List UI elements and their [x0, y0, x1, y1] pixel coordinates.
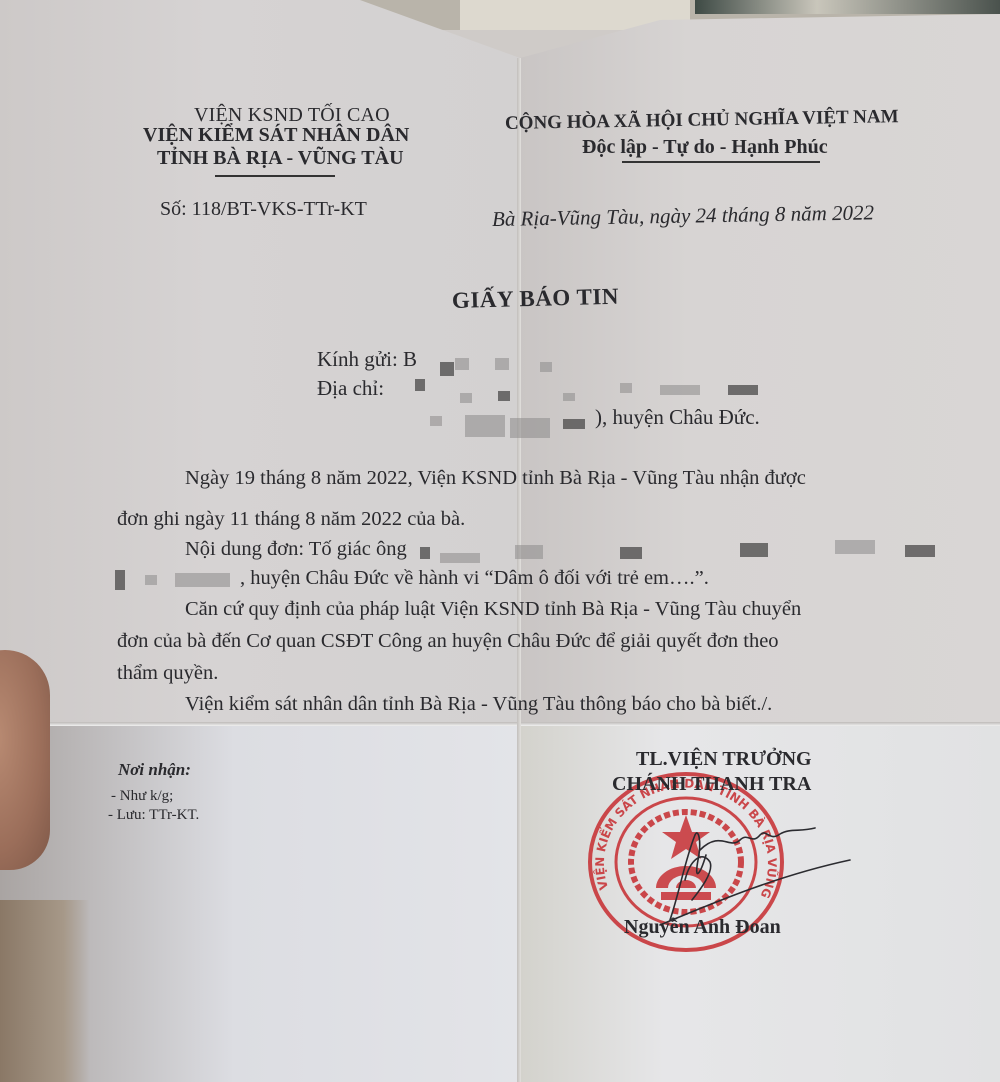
body-paragraph-3-line-3: thẩm quyền. [117, 662, 218, 685]
recipients-item: - Như k/g; [111, 788, 173, 805]
redaction [728, 385, 758, 395]
signature-position: CHÁNH THANH TRA [612, 773, 811, 796]
recipients-item: - Lưu: TTr-KT. [108, 807, 199, 824]
redaction [835, 540, 875, 554]
agency-name: VIỆN KIỂM SÁT NHÂN DÂN [143, 124, 409, 147]
redaction [465, 415, 505, 437]
body-paragraph-2-line-2: , huyện Châu Đức về hành vi “Dâm ô đối v… [240, 567, 709, 590]
body-paragraph-1-line-2: đơn ghi ngày 11 tháng 8 năm 2022 của bà. [117, 508, 465, 531]
redaction [620, 383, 632, 393]
redaction [460, 393, 472, 403]
document-title: GIẤY BÁO TIN [452, 284, 620, 314]
redaction [620, 547, 642, 559]
body-paragraph-1-line-1: Ngày 19 tháng 8 năm 2022, Viện KSND tỉnh… [185, 467, 806, 490]
header-underline-left [215, 175, 335, 177]
background-picture [695, 0, 1000, 14]
redaction [415, 379, 425, 391]
redaction [420, 547, 430, 559]
recipients-label: Nơi nhận: [118, 760, 191, 780]
redaction [175, 573, 230, 587]
redaction [515, 545, 543, 559]
body-paragraph-2-line-1: Nội dung đơn: Tố giác ông [185, 538, 407, 561]
redaction [510, 418, 550, 438]
redaction [740, 543, 768, 557]
agency-province: TỈNH BÀ RỊA - VŨNG TÀU [157, 147, 404, 170]
hand-shadow [0, 900, 90, 1082]
redaction [440, 362, 454, 376]
redaction [498, 391, 510, 401]
address-label: Địa chỉ: [317, 376, 384, 401]
redaction [455, 358, 469, 370]
redaction [563, 419, 585, 429]
paper-fold-horizontal [0, 722, 1000, 726]
signer-name: Nguyễn Anh Đoan [624, 916, 781, 939]
handwritten-signature [640, 820, 870, 930]
body-paragraph-3-line-1: Căn cứ quy định của pháp luật Viện KSND … [185, 598, 801, 621]
redaction [430, 416, 442, 426]
signature-title: TL.VIỆN TRƯỞNG [636, 748, 812, 771]
redaction [563, 393, 575, 401]
redaction [440, 553, 480, 563]
redaction [115, 570, 125, 590]
redaction [145, 575, 157, 585]
national-motto: Độc lập - Tự do - Hạnh Phúc [582, 136, 828, 159]
document-number: Số: 118/BT-VKS-TTr-KT [160, 198, 367, 221]
redaction [540, 362, 552, 372]
address-line2: ), huyện Châu Đức. [595, 405, 760, 430]
recipient-label: Kính gửi: B [317, 347, 417, 372]
redaction [905, 545, 935, 557]
redaction [660, 385, 700, 395]
body-paragraph-4: Viện kiểm sát nhân dân tỉnh Bà Rịa - Vũn… [185, 693, 772, 716]
header-underline-right [622, 161, 820, 163]
thumb [0, 650, 50, 870]
body-paragraph-3-line-2: đơn của bà đến Cơ quan CSĐT Công an huyệ… [117, 630, 779, 653]
redaction [495, 358, 509, 370]
